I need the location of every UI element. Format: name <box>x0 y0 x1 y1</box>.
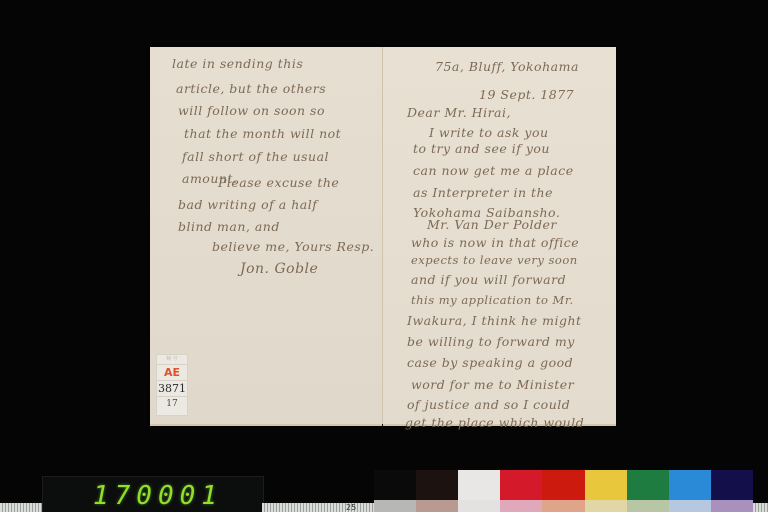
swatch-bottom <box>669 500 711 512</box>
archive-tag-sub-number: 17 <box>157 396 187 412</box>
archive-tag-series: AE <box>157 364 187 380</box>
swatch-top <box>711 470 753 500</box>
swatch-top <box>542 470 584 500</box>
swatch-bottom <box>500 500 542 512</box>
letter-left-page: late in sending this article, but the ot… <box>150 47 382 426</box>
archive-tag-header: 検 号 <box>157 355 187 364</box>
frame-counter-value: 170001 <box>93 481 223 511</box>
swatch-bottom <box>585 500 627 512</box>
swatch-top <box>374 470 416 500</box>
swatch-top <box>500 470 542 500</box>
swatch-bottom <box>627 500 669 512</box>
swatch-top <box>416 470 458 500</box>
swatch-bottom <box>416 500 458 512</box>
color-calibration-chart <box>374 470 753 512</box>
swatch-bottom <box>374 500 416 512</box>
swatch-top <box>627 470 669 500</box>
ruler-middle <box>262 503 374 512</box>
archive-tag-number: 3871 <box>157 380 187 396</box>
swatch-bottom <box>711 500 753 512</box>
swatch-top <box>458 470 500 500</box>
swatch-top <box>585 470 627 500</box>
swatch-top <box>669 470 711 500</box>
ruler-label: 25 <box>346 503 356 512</box>
swatch-bottom <box>458 500 500 512</box>
letter-right-page: 75a, Bluff, Yokohama 19 Sept. 1877 Dear … <box>383 47 616 426</box>
archive-tag: 検 号 AE 3871 17 <box>156 354 188 416</box>
swatch-bottom <box>542 500 584 512</box>
ruler-right <box>753 503 768 512</box>
frame-counter: 170001 <box>42 476 264 512</box>
ruler-left <box>0 503 42 512</box>
letter-photo: late in sending this article, but the ot… <box>150 47 616 424</box>
